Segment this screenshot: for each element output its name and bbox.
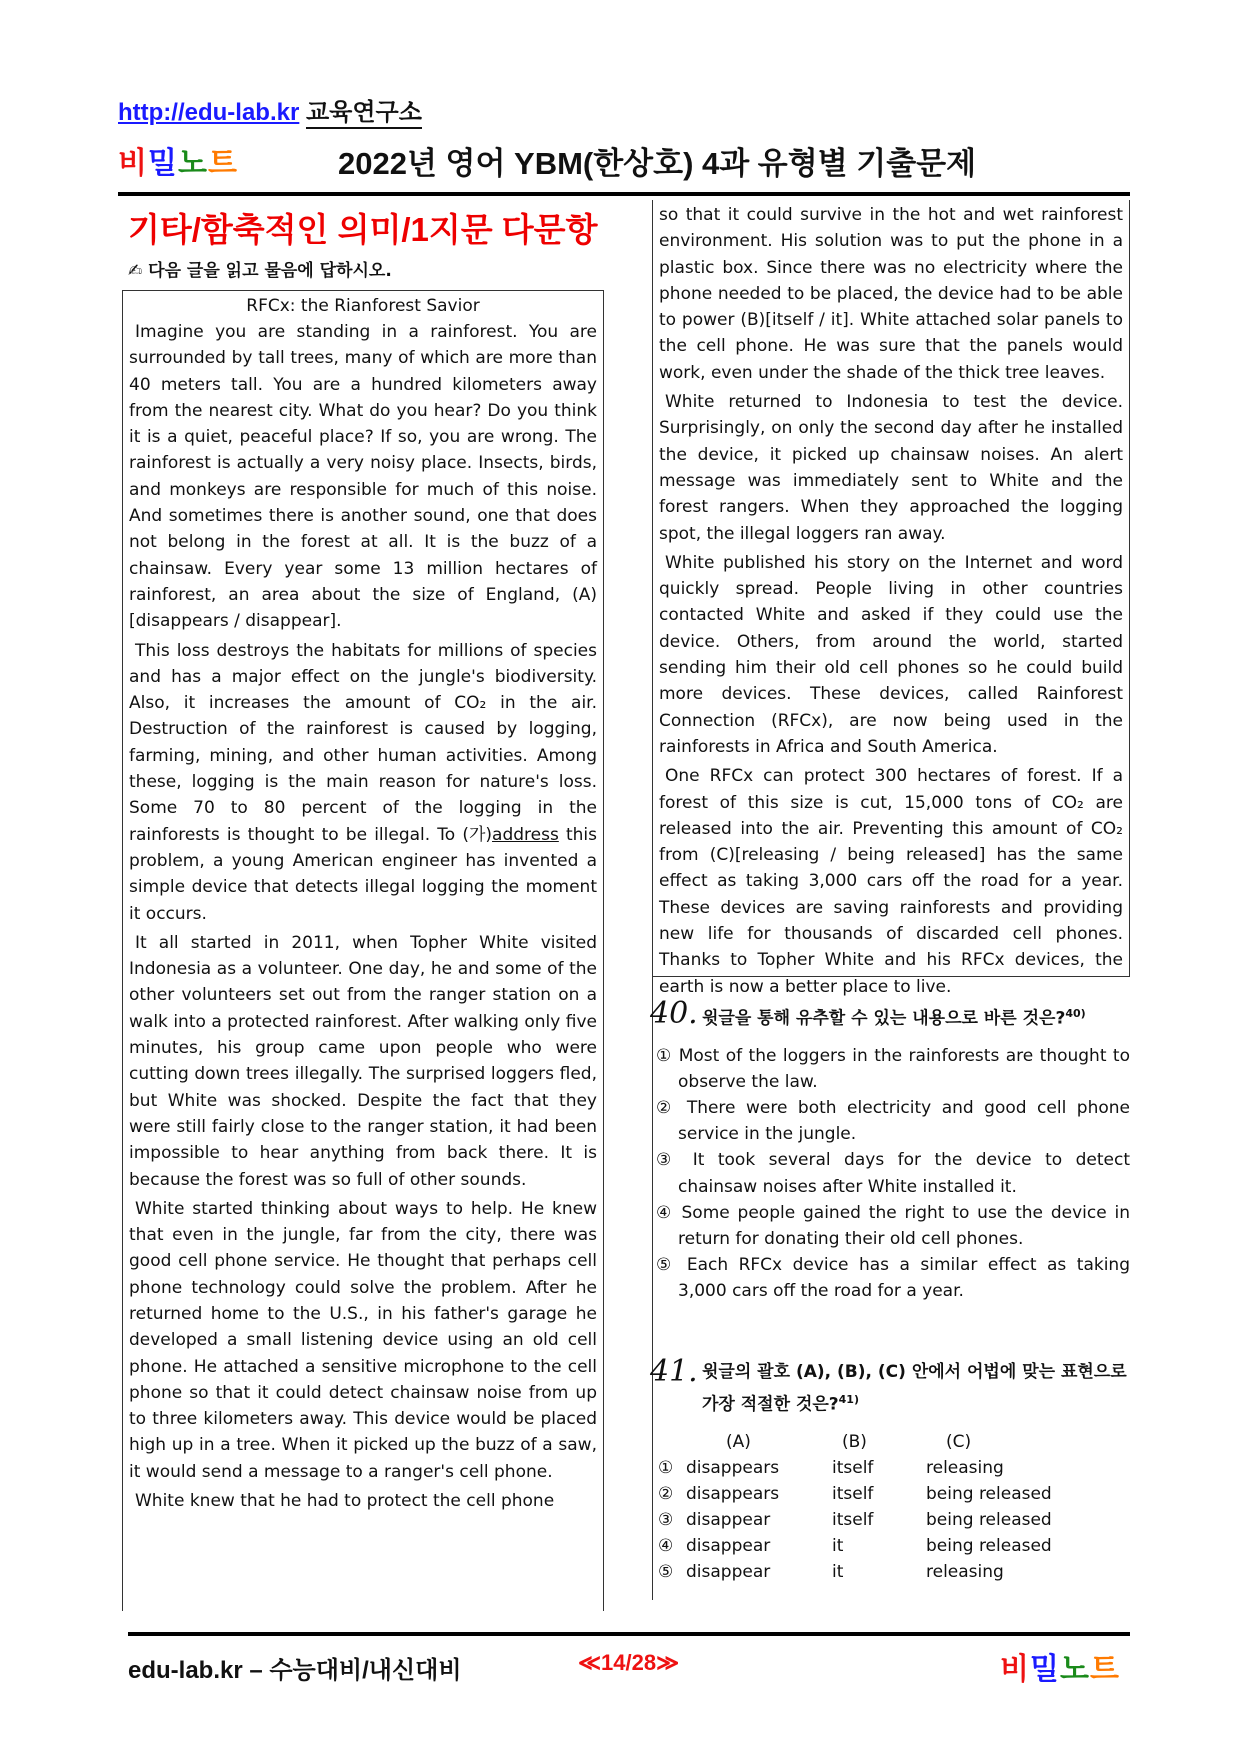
cell-b: itself: [832, 1481, 926, 1507]
answer-row-4[interactable]: ④disappearitbeing released: [658, 1533, 1130, 1559]
passage-paragraph: White returned to Indonesia to test the …: [659, 389, 1123, 547]
footer-site: edu-lab.kr – 수능대비/내신대비: [128, 1650, 462, 1685]
footer-divider: [128, 1632, 1130, 1636]
header-cell: (B): [832, 1429, 926, 1455]
answer-table-header: (A) (B) (C): [658, 1429, 1130, 1455]
question-text: 윗글의 괄호 (A), (B), (C) 안에서 어법에 맞는 표현으로 가장 …: [702, 1362, 1127, 1415]
answer-option-5[interactable]: ⑤ Each RFCx device has a similar effect …: [650, 1252, 1130, 1304]
option-number: ③: [658, 1507, 686, 1533]
header-divider: [118, 192, 1130, 196]
site-url[interactable]: http://edu-lab.kr: [118, 99, 299, 126]
header-cell: [658, 1429, 686, 1455]
answer-table: (A) (B) (C) ①disappearsitselfreleasing ②…: [650, 1429, 1130, 1585]
passage-paragraph: Imagine you are standing in a rainforest…: [129, 319, 597, 635]
brand-char: 밀: [1030, 1653, 1060, 1686]
answer-row-2[interactable]: ②disappearsitselfbeing released: [658, 1481, 1130, 1507]
cell-b: itself: [832, 1507, 926, 1533]
page-indicator: ≪14/28≫: [578, 1650, 679, 1676]
passage-paragraph: One RFCx can protect 300 hectares of for…: [659, 763, 1123, 1000]
passage-paragraph: It all started in 2011, when Topher Whit…: [129, 930, 597, 1193]
brand-char: 비: [118, 147, 148, 180]
answer-option-2[interactable]: ② There were both electricity and good c…: [650, 1095, 1130, 1147]
answer-option-3[interactable]: ③ It took several days for the device to…: [650, 1147, 1130, 1199]
question-number: 41.: [650, 1354, 702, 1419]
question-text: 윗글을 통해 유추할 수 있는 내용으로 바른 것은?: [702, 1009, 1065, 1029]
footer-brand-logo: 비밀노트: [1000, 1644, 1120, 1688]
site-link[interactable]: http://edu-lab.kr 교육연구소: [118, 92, 422, 127]
brand-logo: 비밀노트: [118, 138, 238, 182]
site-org: 교육연구소: [306, 99, 422, 129]
answer-row-1[interactable]: ①disappearsitselfreleasing: [658, 1455, 1130, 1481]
cell-a: disappear: [686, 1533, 832, 1559]
answer-option-4[interactable]: ④ Some people gained the right to use th…: [650, 1200, 1130, 1252]
answer-option-1[interactable]: ① Most of the loggers in the rainforests…: [650, 1043, 1130, 1095]
header-cell: (C): [926, 1429, 1086, 1455]
cell-b: it: [832, 1533, 926, 1559]
underlined-word: address: [492, 825, 559, 845]
brand-char: 비: [1000, 1653, 1030, 1686]
option-number: ②: [658, 1481, 686, 1507]
marker-ga: (가): [462, 825, 492, 845]
passage-paragraph: White published his story on the Interne…: [659, 550, 1123, 760]
passage-right-column: so that it could survive in the hot and …: [652, 200, 1130, 977]
cell-b: it: [832, 1559, 926, 1585]
cell-a: disappear: [686, 1507, 832, 1533]
doc-title: 2022년 영어 YBM(한상호) 4과 유형별 기출문제: [338, 138, 976, 183]
cell-c: being released: [926, 1507, 1086, 1533]
question-41: 41. 윗글의 괄호 (A), (B), (C) 안에서 어법에 맞는 표현으로…: [650, 1354, 1130, 1585]
option-number: ①: [658, 1455, 686, 1481]
cell-c: releasing: [926, 1455, 1086, 1481]
cell-a: disappear: [686, 1559, 832, 1585]
passage-paragraph: so that it could survive in the hot and …: [659, 202, 1123, 386]
passage-paragraph: White started thinking about ways to hel…: [129, 1196, 597, 1485]
brand-char: 트: [208, 147, 238, 180]
paragraph-text: This loss destroys the habitats for mill…: [129, 641, 597, 845]
answer-row-5[interactable]: ⑤disappearitreleasing: [658, 1559, 1130, 1585]
cell-b: itself: [832, 1455, 926, 1481]
option-number: ④: [658, 1533, 686, 1559]
brand-char: 밀: [148, 147, 178, 180]
passage-paragraph: This loss destroys the habitats for mill…: [129, 638, 597, 927]
footnote-ref: 41): [839, 1393, 859, 1406]
footnote-ref: 40): [1065, 1007, 1085, 1020]
instruction: ✍ 다음 글을 읽고 물음에 답하시오.: [128, 256, 392, 281]
cell-c: being released: [926, 1533, 1086, 1559]
answer-row-3[interactable]: ③disappearitselfbeing released: [658, 1507, 1130, 1533]
brand-char: 노: [178, 147, 208, 180]
question-40: 40. 윗글을 통해 유추할 수 있는 내용으로 바른 것은?40) ① Mos…: [650, 996, 1130, 1305]
passage-left-column: RFCx: the Rianforest Savior Imagine you …: [122, 290, 604, 1611]
cell-c: being released: [926, 1481, 1086, 1507]
section-title: 기타/함축적인 의미/1지문 다문항: [128, 204, 597, 251]
brand-char: 노: [1060, 1653, 1090, 1686]
cell-c: releasing: [926, 1559, 1086, 1585]
passage-paragraph: White knew that he had to protect the ce…: [129, 1488, 597, 1514]
passage-title: RFCx: the Rianforest Savior: [129, 293, 597, 319]
cell-a: disappears: [686, 1455, 832, 1481]
option-number: ⑤: [658, 1559, 686, 1585]
cell-a: disappears: [686, 1481, 832, 1507]
brand-char: 트: [1090, 1653, 1120, 1686]
header-cell: (A): [686, 1429, 832, 1455]
question-number: 40.: [650, 996, 702, 1033]
